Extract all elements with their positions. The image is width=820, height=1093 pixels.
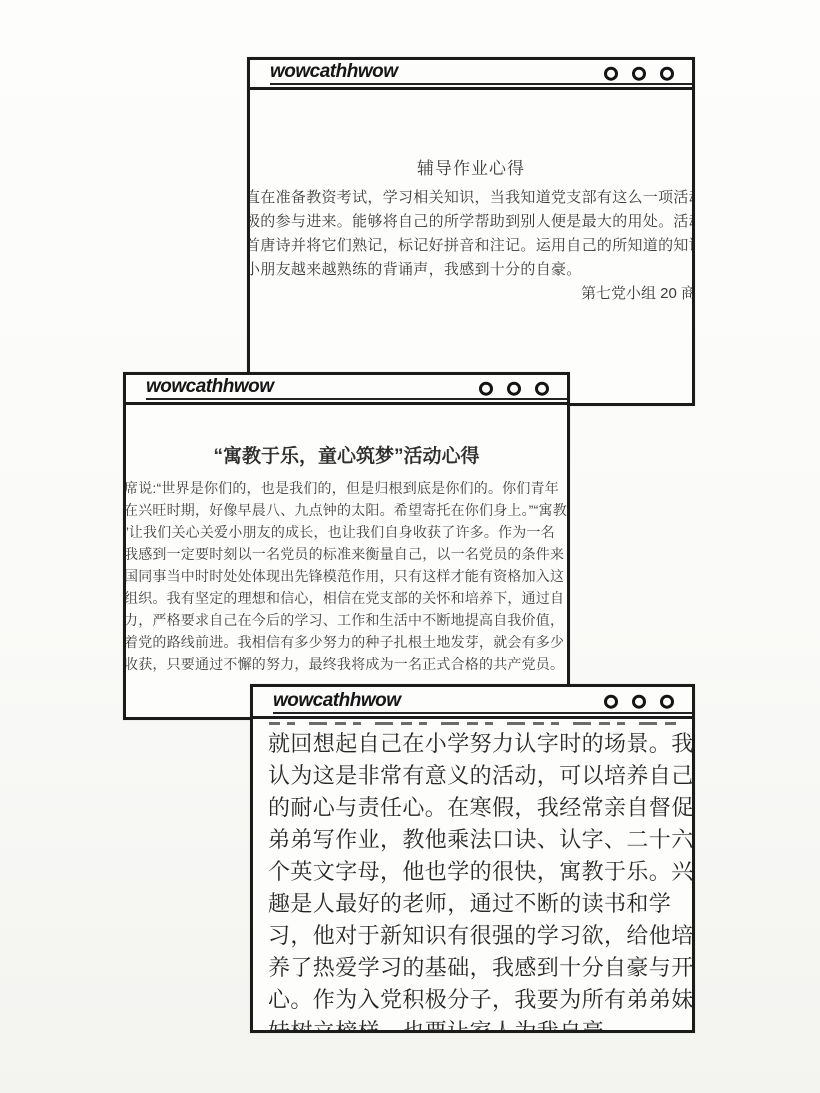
text-line: 就回想起自己在小学努力认字时的场景。我: [268, 728, 692, 760]
window-control-button[interactable]: [604, 694, 618, 708]
document-body: 辅导作业心得 直在准备教资考试，学习相关知识，当我知道党支部有这么一项活动 极的…: [250, 90, 692, 406]
window-control-button[interactable]: [507, 381, 521, 395]
window-controls: [604, 694, 674, 708]
brand-logo: wowcathhwow: [146, 376, 274, 398]
brand-logo: wowcathhwow: [270, 61, 398, 83]
browser-window-middle: wowcathhwow “寓教于乐，童心筑梦”活动心得 席说:“世界是你们的，也…: [123, 372, 570, 720]
text-line: 个英文字母，他也学的很快，寓教于乐。兴: [268, 856, 692, 888]
document-body: “寓教于乐，童心筑梦”活动心得 席说:“世界是你们的，也是我们的，但是归根到底是…: [126, 405, 567, 720]
text-line: 的耐心与责任心。在寒假，我经常亲自督促: [268, 792, 692, 824]
paragraph: 席说:“世界是你们的，也是我们的，但是归根到底是你们的。你们青年 在兴旺时期，好…: [124, 477, 567, 675]
window-titlebar[interactable]: wowcathhwow: [250, 60, 692, 90]
brand-logo: wowcathhwow: [273, 690, 401, 712]
text-line: 认为这是非常有意义的活动，可以培养自己: [268, 760, 692, 792]
logo-underline: [146, 398, 567, 400]
text-line: 极的参与进来。能够将自己的所学帮助到别人便是最大的用处。活动: [247, 210, 692, 234]
window-control-button[interactable]: [660, 66, 674, 80]
text-line: ”让我们关心关爱小朋友的成长，也让我们自身收获了许多。作为一名: [124, 521, 567, 543]
text-line: 力，严格要求自己在今后的学习、工作和生活中不断地提高自我价值，: [124, 609, 567, 631]
document-title: “寓教于乐，童心筑梦”活动心得: [126, 441, 567, 468]
browser-window-top: wowcathhwow 辅导作业心得 直在准备教资考试，学习相关知识，当我知道党…: [247, 57, 695, 406]
text-line: 心。作为入党积极分子，我要为所有弟弟妹: [268, 984, 692, 1016]
text-line: 首唐诗并将它们熟记，标记好拼音和注记。运用自己的所知道的知识: [247, 234, 692, 258]
clipped-text-remnant: [269, 722, 678, 725]
window-controls: [479, 381, 549, 395]
window-control-button[interactable]: [479, 381, 493, 395]
text-line: 习，他对于新知识有很强的学习欲，给他培: [268, 920, 692, 952]
logo-underline: [273, 712, 692, 714]
window-controls: [604, 66, 674, 80]
text-line: 小朋友越来越熟练的背诵声，我感到十分的自豪。: [247, 258, 692, 282]
text-line: 在兴旺时期，好像早晨八、九点钟的太阳。希望寄托在你们身上。”“寓教: [124, 499, 567, 521]
window-titlebar[interactable]: wowcathhwow: [126, 375, 567, 405]
paragraph: 就回想起自己在小学努力认字时的场景。我 认为这是非常有意义的活动，可以培养自己 …: [253, 728, 692, 1033]
text-line: 直在准备教资考试，学习相关知识，当我知道党支部有这么一项活动: [247, 186, 692, 210]
text-line: 国同事当中时时处处体现出先锋模范作用，只有这样才能有资格加入这: [124, 565, 567, 587]
text-line: 养了热爱学习的基础，我感到十分自豪与开: [268, 952, 692, 984]
text-line: 趣是人最好的老师，通过不断的读书和学: [268, 888, 692, 920]
paragraph: 直在准备教资考试，学习相关知识，当我知道党支部有这么一项活动 极的参与进来。能够…: [247, 186, 692, 306]
text-line: 收获，只要通过不懈的努力，最终我将成为一名正式合格的共产党员。: [124, 653, 567, 675]
text-line: 组织。我有坚定的理想和信心，相信在党支部的关怀和培养下，通过自: [124, 587, 567, 609]
text-line: 我感到一定要时刻以一名党员的标准来衡量自己，以一名党员的条件来: [124, 543, 567, 565]
text-line: 席说:“世界是你们的，也是我们的，但是归根到底是你们的。你们青年: [124, 477, 567, 499]
window-control-button[interactable]: [535, 381, 549, 395]
document-body: 就回想起自己在小学努力认字时的场景。我 认为这是非常有意义的活动，可以培养自己 …: [253, 722, 692, 1033]
window-control-button[interactable]: [632, 694, 646, 708]
logo-underline: [270, 83, 692, 85]
text-line: 弟弟写作业，教他乘法口诀、认字、二十六: [268, 824, 692, 856]
text-line: 着党的路线前进。我相信有多少努力的种子扎根土地发芽，就会有多少: [124, 631, 567, 653]
window-control-button[interactable]: [604, 66, 618, 80]
document-title: 辅导作业心得: [250, 154, 692, 179]
text-line: 妹树立榜样，也要让家人为我自豪: [268, 1016, 692, 1033]
browser-window-bottom: wowcathhwow 就回想起自己在小学努力认字时的场景。我 认为这是非常有意…: [250, 684, 695, 1033]
signature-line: 第七党小组 20 商: [247, 282, 695, 306]
window-titlebar[interactable]: wowcathhwow: [253, 687, 692, 719]
window-control-button[interactable]: [660, 694, 674, 708]
window-control-button[interactable]: [632, 66, 646, 80]
